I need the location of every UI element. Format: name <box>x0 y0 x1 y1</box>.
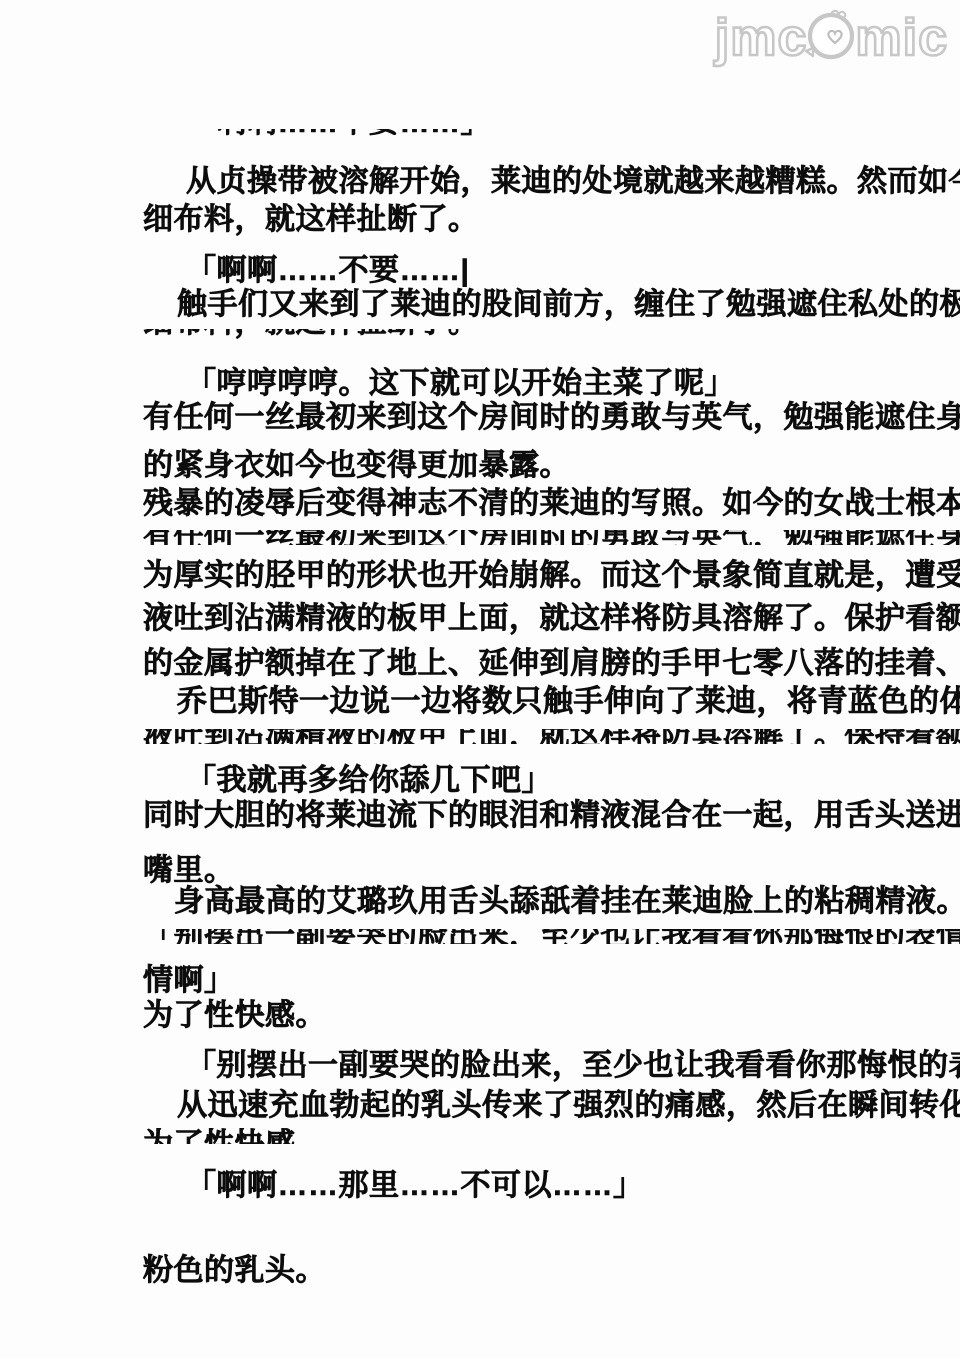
novel-page: jmc mic 「啊啊……不要……」从贞操带被溶解开始，莱迪的处境就越来越糟糕。… <box>0 0 960 1358</box>
text-line: 细布料，就这样扯断了。 <box>143 203 479 237</box>
logo-text-right: mic <box>855 12 948 64</box>
text-line: 的紧身衣如今也变得更加暴露。 <box>143 449 570 483</box>
text-line: 「别摆出一副要哭的脸出来，至少也让我看看你那悔恨的表 <box>186 1049 960 1083</box>
text-line: 为了性快感。 <box>143 999 326 1033</box>
text-line: 「哼哼哼哼。这下就可以开始主菜了呢」 <box>186 367 735 401</box>
text-line: 粉色的乳头。 <box>143 1254 326 1288</box>
clipped-text-line: 「别摆出一副要哭的脸出来，至少也让我看看你那悔恨的表情 <box>143 929 960 944</box>
text-line: 「我就再多给你舔几下吧」 <box>186 764 552 798</box>
text-line: 乔巴斯特一边说一边将数只触手伸向了莱迪，将青蓝色的体 <box>177 685 960 719</box>
text-line: 身高最高的艾璐玖用舌头舔舐着挂在莱迪脸上的粘稠精液。 <box>174 885 960 919</box>
clipped-text-line: 为了性快感。 <box>143 1128 326 1144</box>
text-line: 「啊啊……不要……| <box>186 254 469 288</box>
jmcomic-logo: jmc mic <box>715 8 948 67</box>
text-line: 残暴的凌辱后变得神志不清的莱迪的写照。如今的女战士根本没 <box>143 487 960 521</box>
text-line: 有任何一丝最初来到这个房间时的勇敢与英气，勉强能遮住身体 <box>143 401 960 435</box>
text-line: 为厚实的胫甲的形状也开始崩解。而这个景象简直就是，遭受了 <box>143 559 960 593</box>
clipped-text-line: 液吐到沾满精液的板甲上面，就这样将防具溶解了。保持着额头 <box>143 729 960 744</box>
text-line: 从迅速充血勃起的乳头传来了强烈的痛感，然后在瞬间转化 <box>177 1089 960 1123</box>
text-line: 液吐到沾满精液的板甲上面，就这样将防具溶解了。保护看额头 <box>143 602 960 636</box>
text-line: 「啊啊……那里……不可以……」 <box>186 1169 644 1203</box>
text-line: 嘴里。 <box>143 854 235 888</box>
logo-text-left: jmc <box>715 12 808 64</box>
clipped-text-line: 有任何一丝最初来到这个房间时的勇敢与英气，勉强能遮住身体 <box>143 530 960 545</box>
clipped-text-line: 细布料，就这样扯断了。 <box>143 329 479 340</box>
text-line: 触手们又来到了莱迪的股间前方，缠住了勉强遮住私处的极 <box>177 288 960 322</box>
text-line: 从贞操带被溶解开始，莱迪的处境就越来越糟糕。然而如今 <box>186 165 960 199</box>
clipped-text-line: 「啊啊……不要……」 <box>186 129 491 140</box>
text-line: 情啊」 <box>143 964 235 998</box>
text-line: 同时大胆的将莱迪流下的眼泪和精液混合在一起，用舌头送进了 <box>143 799 960 833</box>
fish-mascot-icon <box>804 8 858 67</box>
text-line: 的金属护额掉在了地上、延伸到肩膀的手甲七零八落的挂着、最 <box>143 647 960 681</box>
